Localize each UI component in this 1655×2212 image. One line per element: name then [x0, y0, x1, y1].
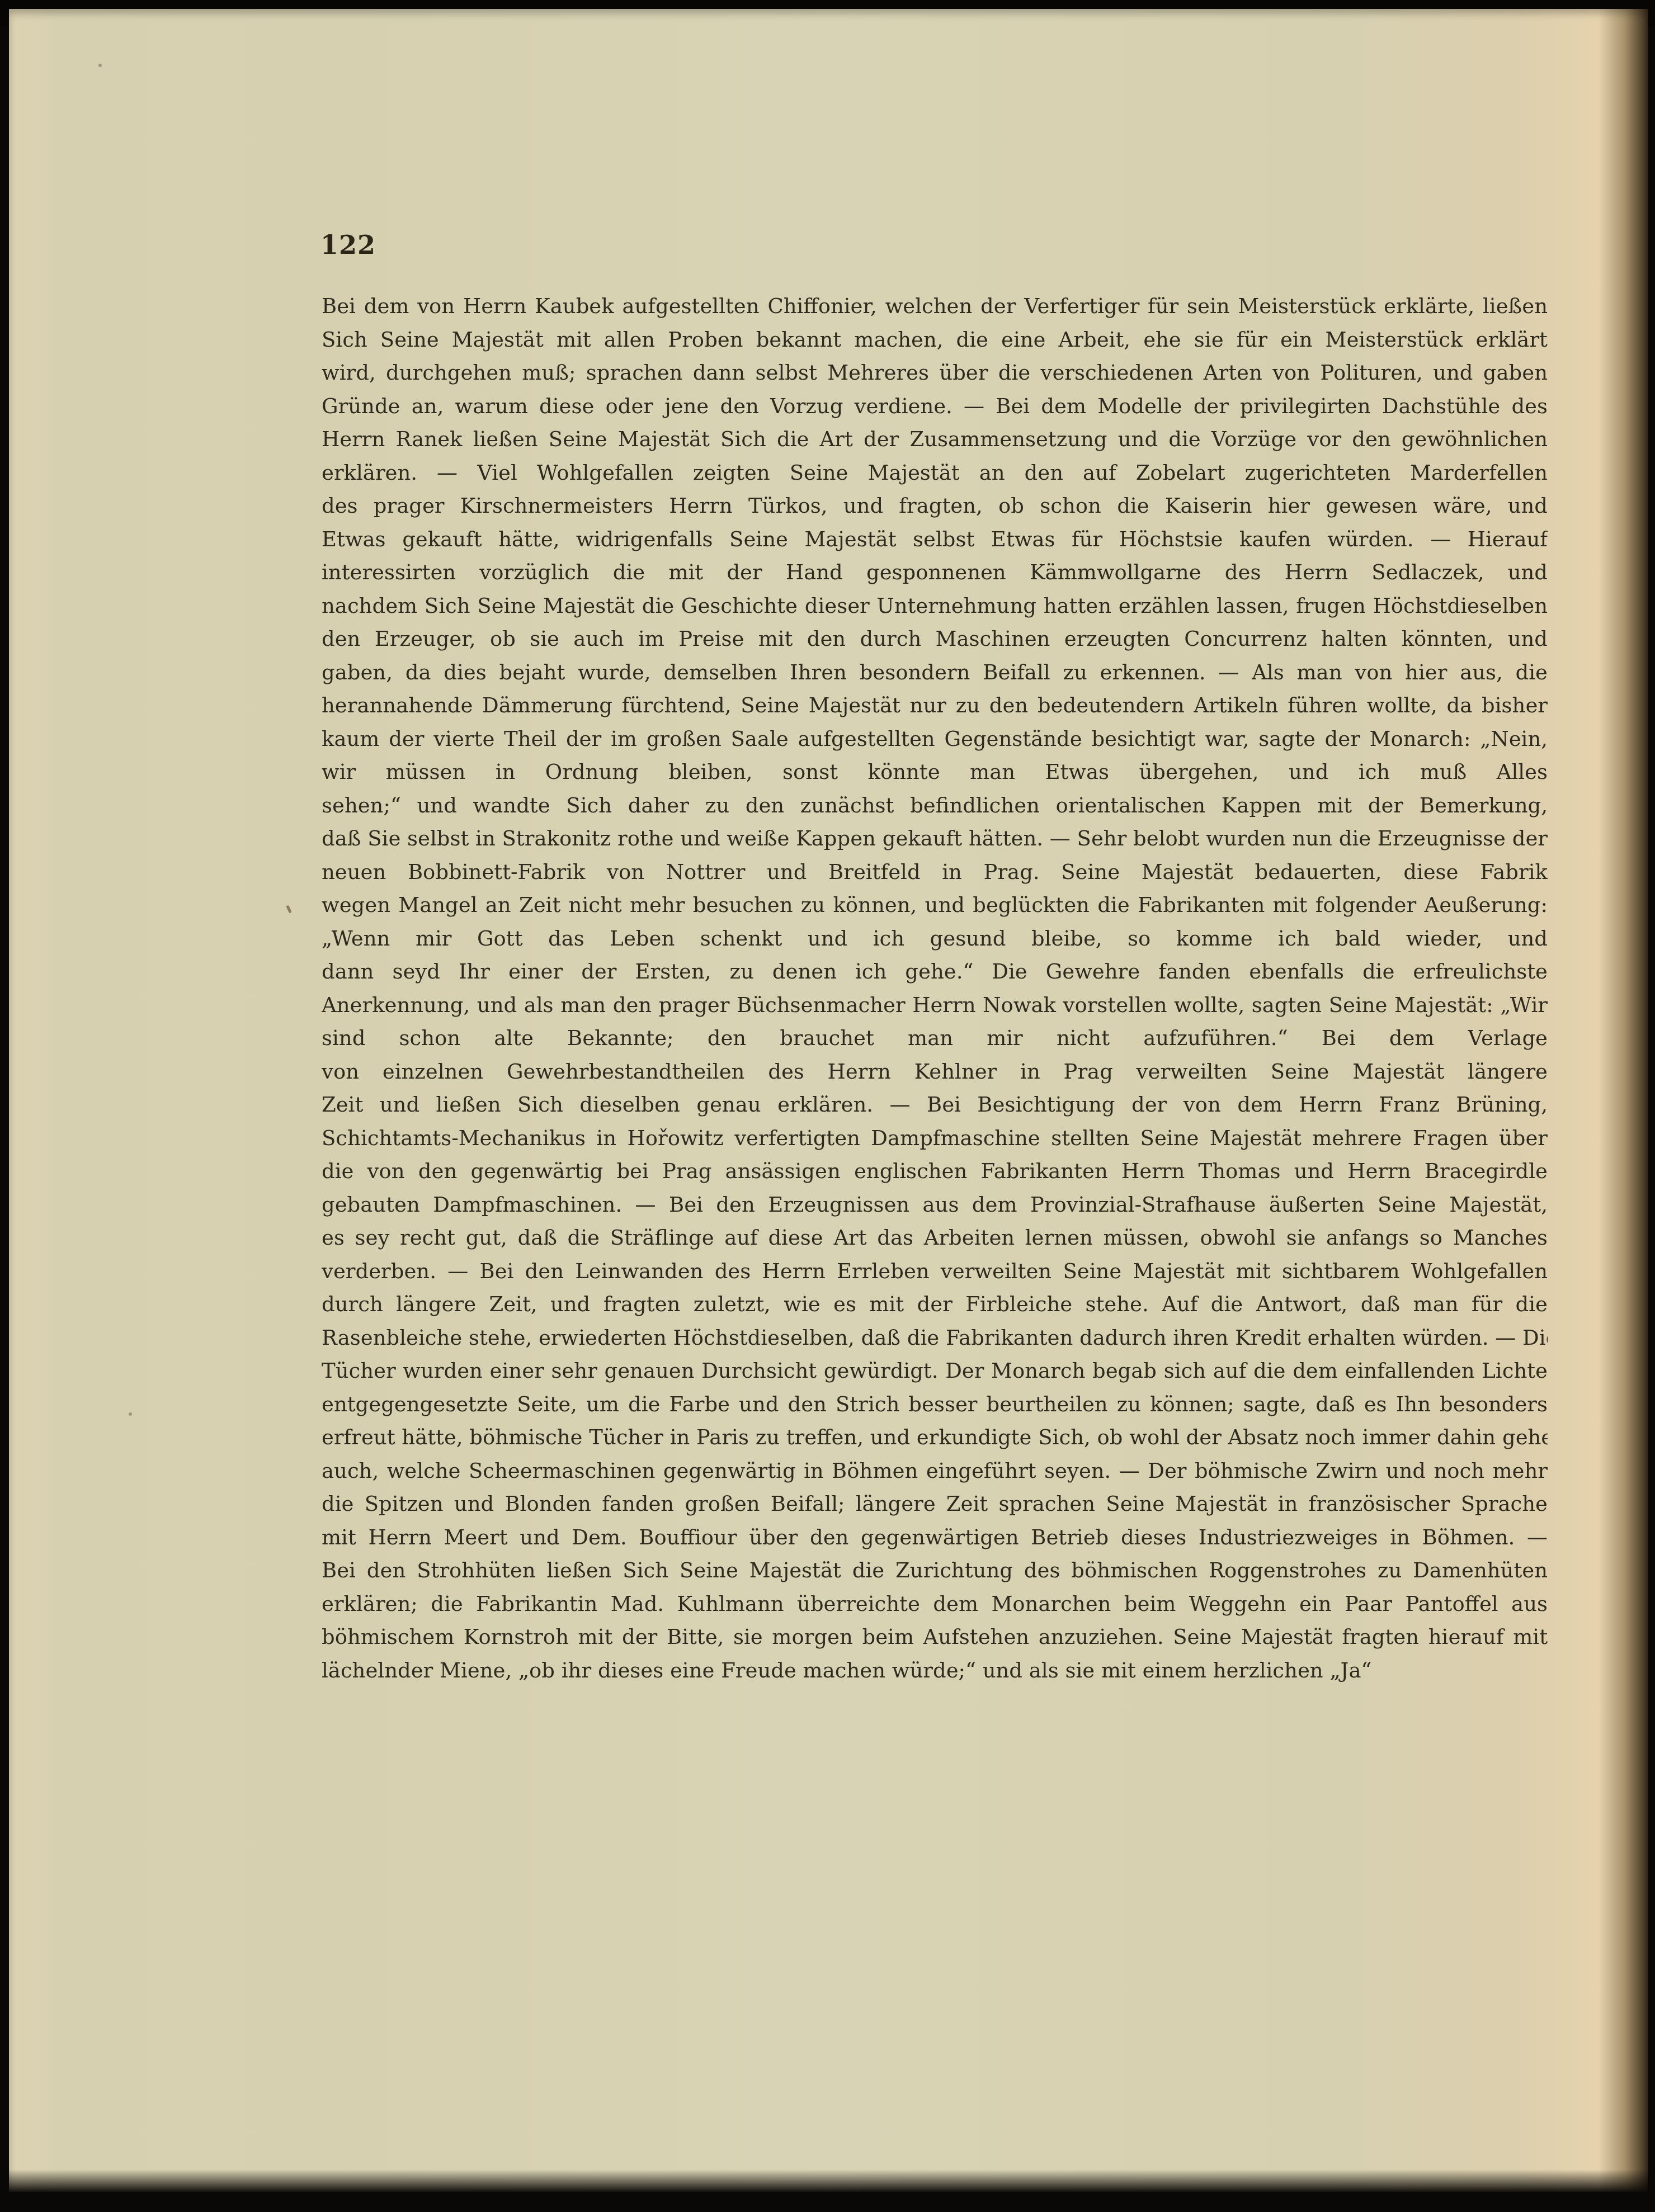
text-line: Anerkennung, und als man den prager Büch… — [322, 989, 1548, 1022]
text-line: Tücher wurden einer sehr genauen Durchsi… — [322, 1354, 1548, 1388]
text-line: den Erzeuger, ob sie auch im Preise mit … — [322, 622, 1548, 656]
text-line: lächelnder Miene, „ob ihr dieses eine Fr… — [322, 1654, 1548, 1688]
text-line: sehen;“ und wandte Sich daher zu den zun… — [322, 789, 1548, 823]
text-line: mit Herrn Meert und Dem. Bouffiour über … — [322, 1521, 1548, 1554]
paper-speck — [98, 64, 102, 67]
text-line: verderben. — Bei den Leinwanden des Herr… — [322, 1255, 1548, 1288]
text-line: erklären; die Fabrikantin Mad. Kuhlmann … — [322, 1587, 1548, 1621]
text-line: entgegengesetzte Seite, um die Farbe und… — [322, 1388, 1548, 1421]
paper-speck — [129, 1412, 132, 1416]
text-line: die von den gegenwärtig bei Prag ansässi… — [322, 1155, 1548, 1188]
text-line: sind schon alte Bekannte; den brauchet m… — [322, 1022, 1548, 1055]
text-line: Gründe an, warum diese oder jene den Vor… — [322, 390, 1548, 423]
text-line: die Spitzen und Blonden fanden großen Be… — [322, 1487, 1548, 1521]
text-line: „Wenn mir Gott das Leben schenkt und ich… — [322, 922, 1548, 956]
text-line: Rasenbleiche stehe, erwiederten Höchstdi… — [322, 1321, 1548, 1355]
text-line: Bei dem von Herrn Kaubek aufgestellten C… — [322, 290, 1548, 323]
page-number: 122 — [320, 230, 376, 260]
text-line: neuen Bobbinett-Fabrik von Nottrer und B… — [322, 856, 1548, 889]
text-line: Etwas gekauft hätte, widrigenfalls Seine… — [322, 523, 1548, 556]
text-line: erklären. — Viel Wohlgefallen zeigten Se… — [322, 456, 1548, 490]
text-line: erfreut hätte, böhmische Tücher in Paris… — [322, 1421, 1548, 1454]
text-line: gebauten Dampfmaschinen. — Bei den Erzeu… — [322, 1188, 1548, 1222]
text-line: kaum der vierte Theil der im großen Saal… — [322, 722, 1548, 756]
text-line: Bei den Strohhüten ließen Sich Seine Maj… — [322, 1554, 1548, 1587]
text-line: nachdem Sich Seine Majestät die Geschich… — [322, 589, 1548, 623]
text-line: interessirten vorzüglich die mit der Han… — [322, 556, 1548, 589]
text-line: herannahende Dämmerung fürchtend, Seine … — [322, 689, 1548, 722]
text-line: Herrn Ranek ließen Seine Majestät Sich d… — [322, 423, 1548, 456]
text-line: daß Sie selbst in Strakonitz rothe und w… — [322, 822, 1548, 856]
text-line: dann seyd Ihr einer der Ersten, zu denen… — [322, 955, 1548, 989]
text-line: von einzelnen Gewehrbestandtheilen des H… — [322, 1055, 1548, 1089]
text-line: durch längere Zeit, und fragten zuletzt,… — [322, 1288, 1548, 1321]
text-line: wir müssen in Ordnung bleiben, sonst kön… — [322, 755, 1548, 789]
margin-mark — [286, 905, 291, 914]
text-line: des prager Kirschnermeisters Herrn Türko… — [322, 489, 1548, 523]
text-line: böhmischem Kornstroh mit der Bitte, sie … — [322, 1620, 1548, 1654]
text-line: Zeit und ließen Sich dieselben genau erk… — [322, 1088, 1548, 1122]
text-line: Sich Seine Majestät mit allen Proben bek… — [322, 323, 1548, 357]
text-line: Schichtamts-Mechanikus in Hořowitz verfe… — [322, 1122, 1548, 1155]
text-line: wird, durchgehen muß; sprachen dann selb… — [322, 356, 1548, 390]
book-page: 122 Bei dem von Herrn Kaubek aufgestellt… — [9, 9, 1648, 2192]
text-line: wegen Mangel an Zeit nicht mehr besuchen… — [322, 888, 1548, 922]
body-text: Bei dem von Herrn Kaubek aufgestellten C… — [322, 290, 1548, 1687]
text-line: auch, welche Scheermaschinen gegenwärtig… — [322, 1454, 1548, 1488]
text-line: es sey recht gut, daß die Sträflinge auf… — [322, 1221, 1548, 1255]
text-line: gaben, da dies bejaht wurde, demselben I… — [322, 656, 1548, 689]
